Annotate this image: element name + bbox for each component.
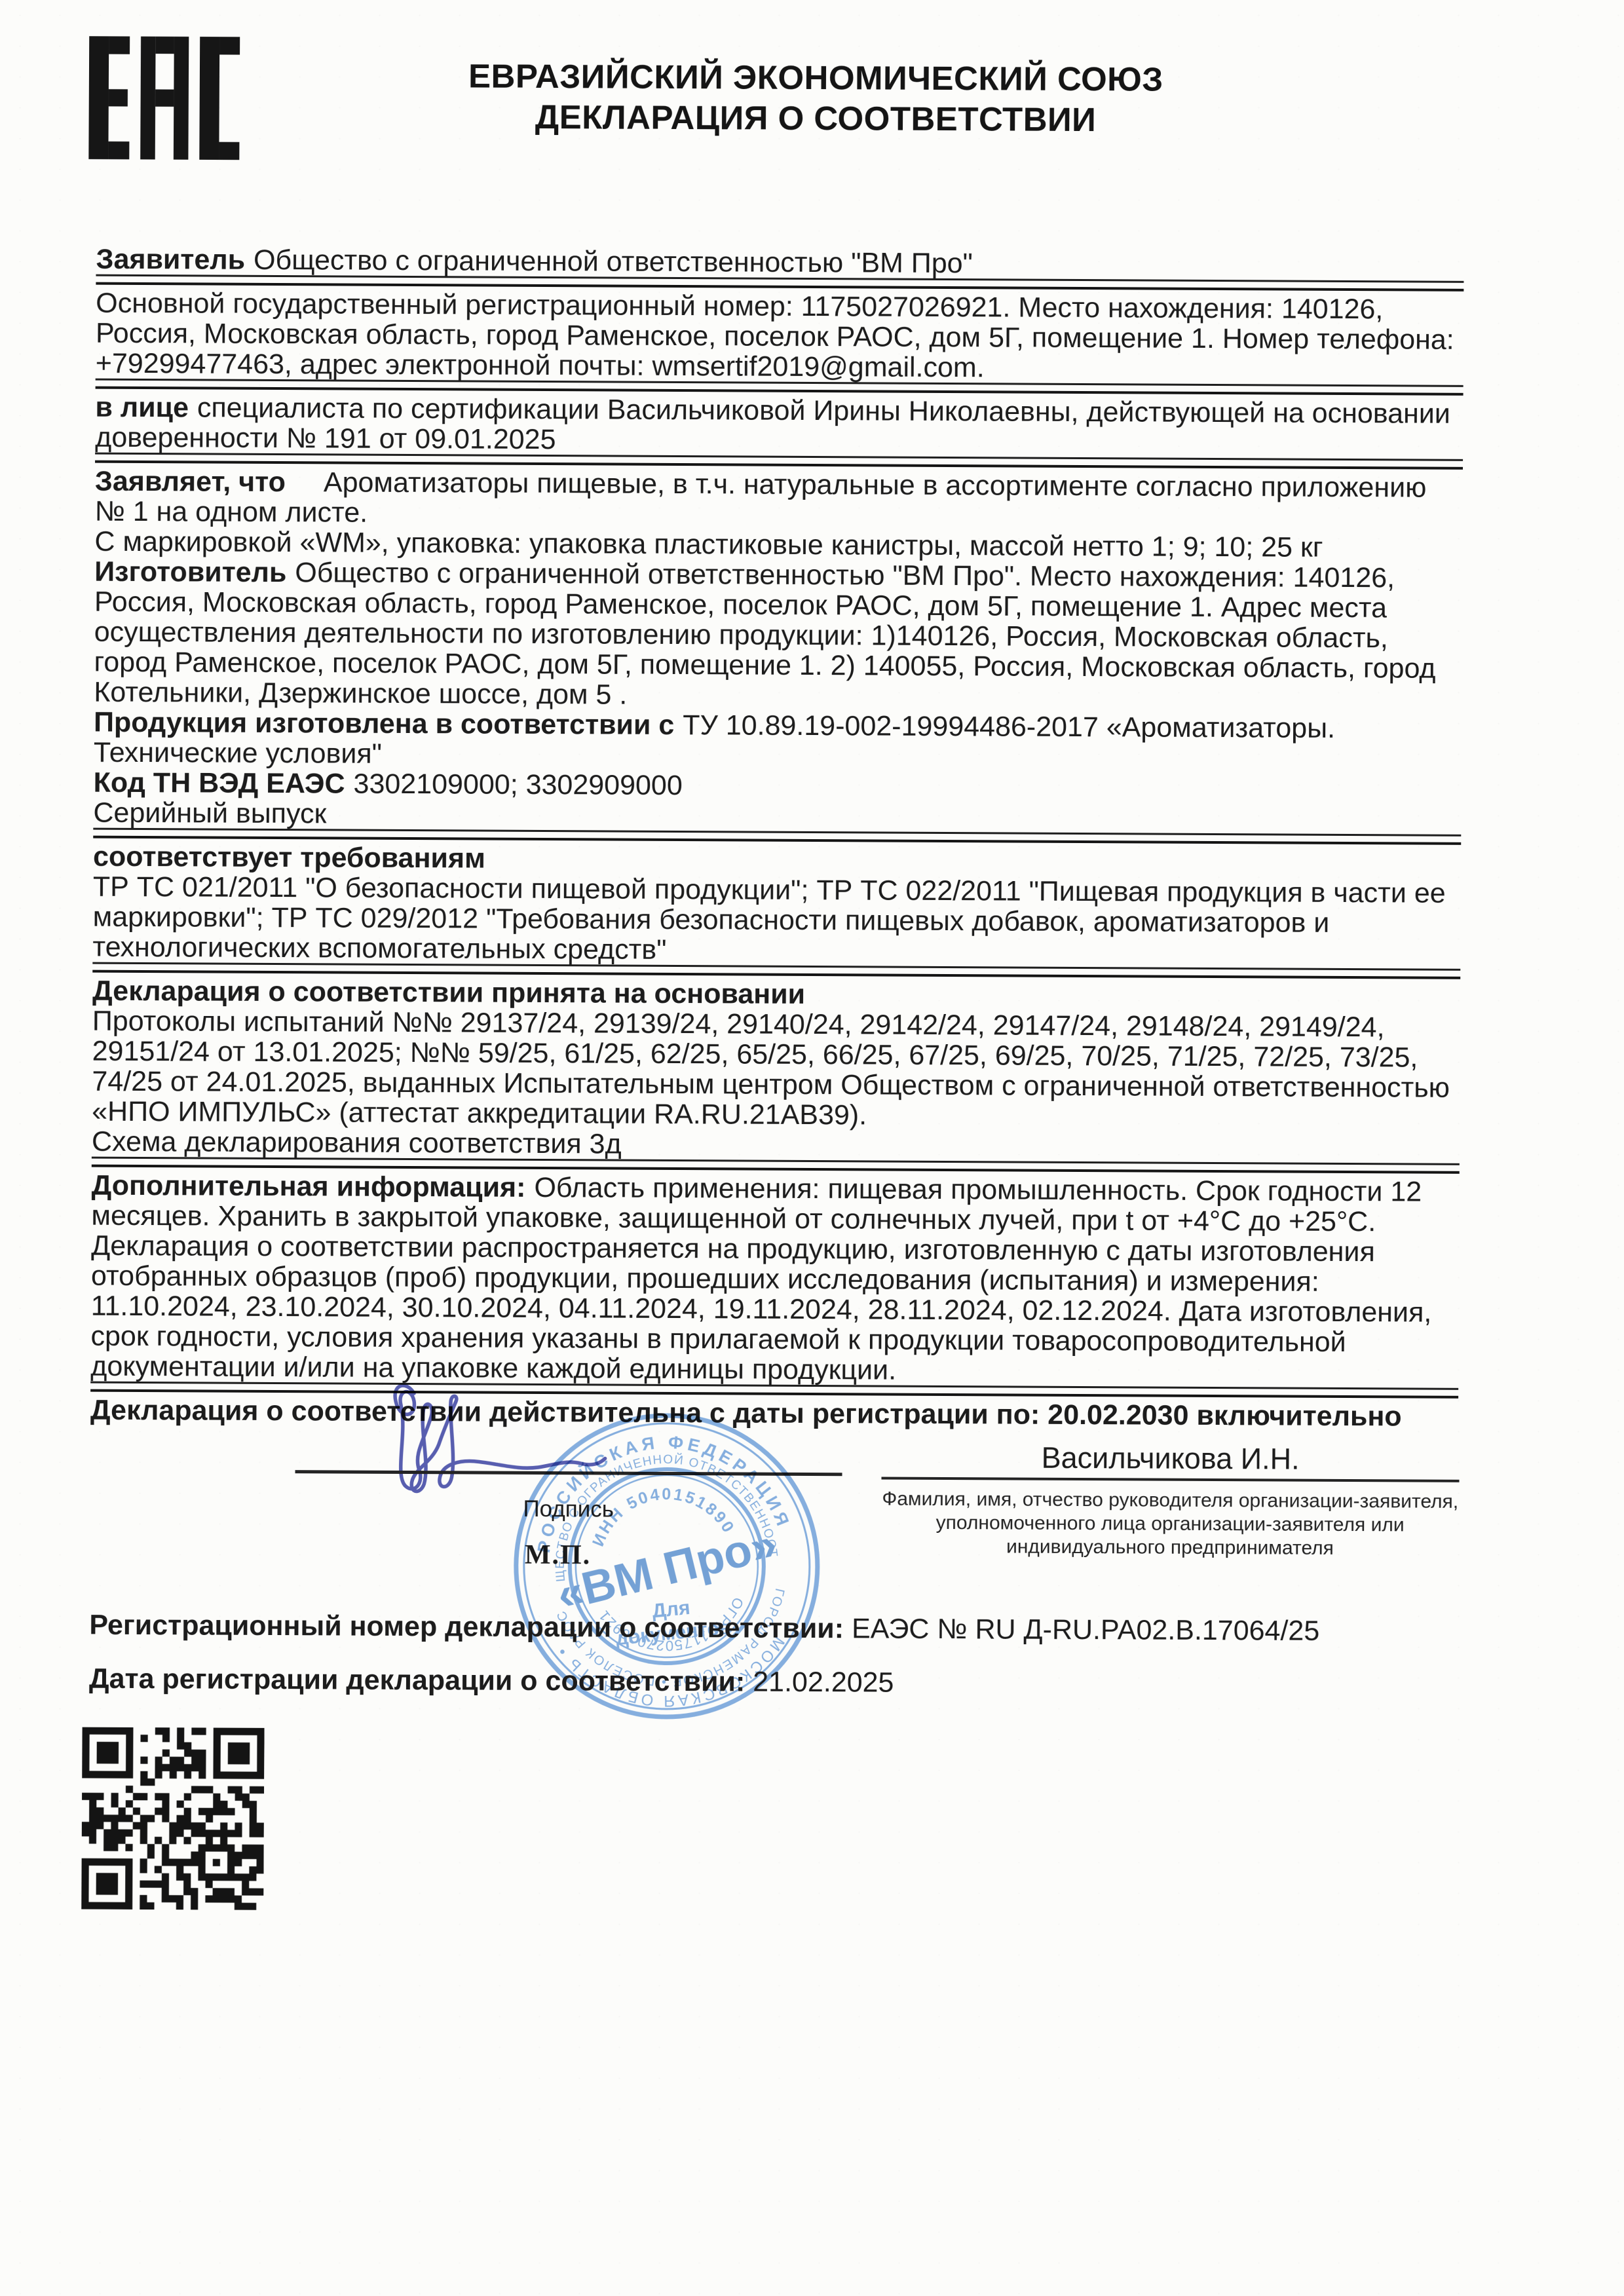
- scheme-line: Схема декларирования соответствия 3д: [92, 1127, 1460, 1165]
- signer-line: [881, 1477, 1459, 1482]
- applicant-value: Общество с ограниченной ответственностью…: [254, 244, 973, 279]
- registration-date-label: Дата регистрации декларации о соответств…: [89, 1663, 745, 1698]
- representative-label: в лице: [95, 392, 189, 424]
- registration-number-line: Регистрационный номер декларации о соотв…: [89, 1609, 1530, 1649]
- manufacturer-label: Изготовитель: [94, 556, 286, 588]
- additional-info-label: Дополнительная информация:: [92, 1170, 526, 1203]
- scanned-sheet: ЕВРАЗИЙСКИЙ ЭКОНОМИЧЕСКИЙ СОЮЗ ДЕКЛАРАЦИ…: [0, 0, 1624, 2296]
- serial-line: Серийный выпуск: [93, 798, 1461, 837]
- tnved-value: 3302109000; 3302909000: [353, 768, 682, 801]
- manufacturer-section: ИзготовительОбщество с ограниченной отве…: [94, 557, 1462, 714]
- signer-caption: Фамилия, имя, отчество руководителя орга…: [869, 1487, 1471, 1560]
- document-body: ЗаявительОбщество с ограниченной ответст…: [90, 244, 1464, 1432]
- produced-per-section: Продукция изготовлена в соответствии сТУ…: [94, 707, 1462, 774]
- meets-value: ТР ТС 021/2011 "О безопасности пищевой п…: [92, 872, 1461, 971]
- registration-date-value: 21.02.2025: [753, 1666, 894, 1699]
- qr-code: [81, 1727, 264, 1910]
- produced-per-label: Продукция изготовлена в соответствии с: [94, 707, 674, 741]
- tnved-label: Код ТН ВЭД ЕАЭС: [94, 767, 345, 800]
- declares-section: Заявляет, чтоАроматизаторы пищевые, в т.…: [95, 466, 1463, 533]
- representative-value: специалиста по сертификации Васильчиково…: [95, 392, 1450, 455]
- applicant-details: Основной государственный регистрационный…: [96, 288, 1464, 387]
- applicant-section: ЗаявительОбщество с ограниченной ответст…: [96, 244, 1463, 283]
- declares-value: Ароматизаторы пищевые, в т.ч. натуральны…: [95, 466, 1427, 528]
- applicant-label: Заявитель: [96, 244, 245, 276]
- registration-number-label: Регистрационный номер декларации о соотв…: [89, 1609, 844, 1645]
- document-page: ЕВРАЗИЙСКИЙ ЭКОНОМИЧЕСКИЙ СОЮЗ ДЕКЛАРАЦИ…: [0, 0, 1624, 2296]
- registration-number-value: ЕАЭС № RU Д-RU.РА02.В.17064/25: [852, 1613, 1319, 1646]
- manufacturer-value: Общество с ограниченной ответственностью…: [94, 557, 1435, 710]
- representative-section: в лицеспециалиста по сертификации Василь…: [95, 392, 1463, 461]
- doc-title-line2: ДЕКЛАРАЦИЯ О СООТВЕТСТВИИ: [3, 94, 1624, 143]
- doc-title: ЕВРАЗИЙСКИЙ ЭКОНОМИЧЕСКИЙ СОЮЗ ДЕКЛАРАЦИ…: [3, 54, 1624, 143]
- declares-label: Заявляет, что: [95, 466, 286, 498]
- additional-info-value: Область применения: пищевая промышленнос…: [90, 1172, 1431, 1386]
- basis-value: Протоколы испытаний №№ 29137/24, 29139/2…: [92, 1006, 1460, 1133]
- additional-info-section: Дополнительная информация:Область примен…: [90, 1171, 1460, 1390]
- registration-date-line: Дата регистрации декларации о соответств…: [89, 1663, 1530, 1703]
- signer-name: Васильчикова И.Н.: [882, 1440, 1460, 1477]
